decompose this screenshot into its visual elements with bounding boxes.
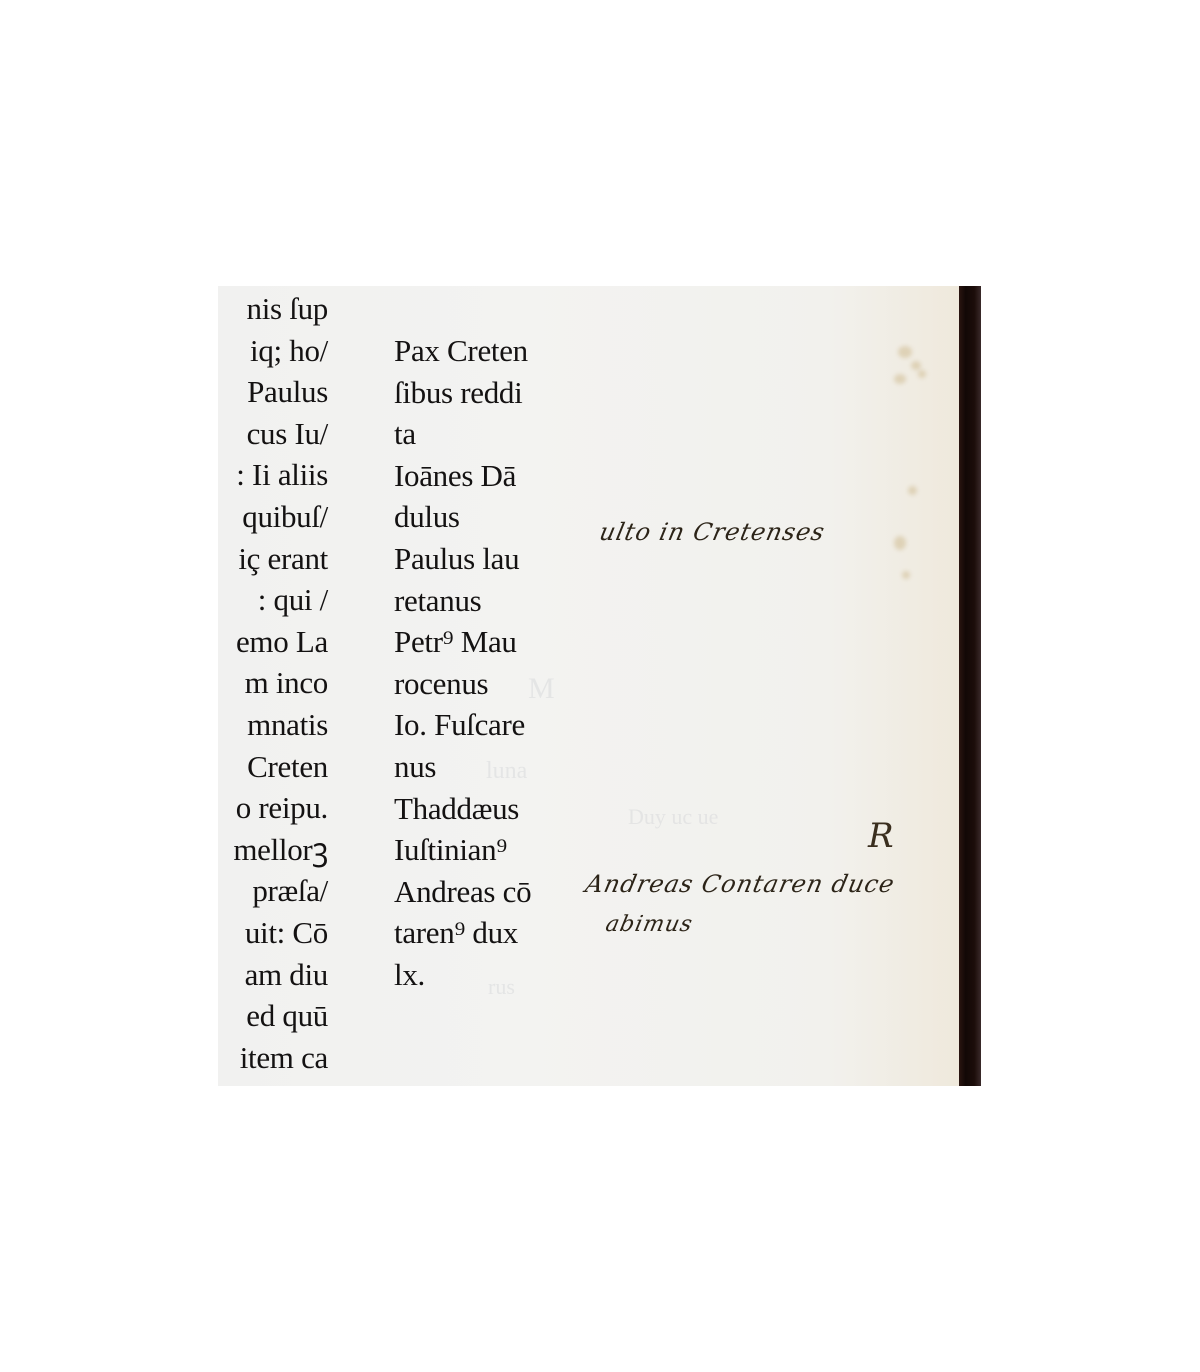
foxing-stain [918,370,926,378]
main-text-line: uit: Cō [218,912,328,954]
main-text-line: quibuſ/ [218,496,328,538]
main-text-line: iç erant [218,538,328,580]
main-text-line: emo La [218,621,328,663]
gloss-line: rocenus [394,663,574,705]
main-text-line: : qui / [218,579,328,621]
gloss-line: ta [394,413,574,455]
gloss-line: Andreas cō [394,871,574,913]
main-text-line: : Ii aliis [218,454,328,496]
gloss-line: Ioānes Dā [394,455,574,497]
main-text-line: Paulus [218,371,328,413]
book-page: M luna Duy uc ue rus nis ſup iq; ho/ Pau… [218,286,981,1086]
gloss-line: Pax Creten [394,330,574,372]
gloss-line: Petr⁹ Mau [394,621,574,663]
main-text-line: præſa/ [218,870,328,912]
main-text-column: nis ſup iq; ho/ Paulus cus Iu/ : Ii alii… [218,288,328,1078]
gloss-line: Io. Fuſcare [394,704,574,746]
main-text-line: cus Iu/ [218,413,328,455]
main-text-line: iq; ho/ [218,330,328,372]
main-text-line: mellorꝫ [218,829,328,871]
foxing-stain [898,346,912,358]
gloss-line: taren⁹ dux [394,912,574,954]
foxing-stain [908,486,917,495]
main-text-line: mnatis [218,704,328,746]
main-text-line: item ca [218,1037,328,1079]
marginal-gloss-column: Pax Creten ſibus reddi ta Ioānes Dā dulu… [394,330,574,996]
main-text-line: nis ſup [218,288,328,330]
manuscript-annotation: R [868,816,894,856]
gloss-line: lx. [394,954,574,996]
binding-edge [959,286,981,1086]
show-through-text: Duy uc ue [628,796,718,838]
main-text-line: Creten [218,746,328,788]
gloss-line: Paulus lau [394,538,574,580]
foxing-stain [894,536,906,550]
gloss-line: nus [394,746,574,788]
gloss-line: ſibus reddi [394,372,574,414]
foxing-stain [894,374,906,384]
main-text-line: ed quū [218,995,328,1037]
manuscript-annotation: abimus [603,912,695,937]
manuscript-annotation: ulto in Cretenses [597,518,828,546]
foxing-stain [902,571,910,579]
manuscript-annotation: Andreas Contaren duce [583,870,897,898]
gloss-line: dulus [394,496,574,538]
main-text-line: o reipu. [218,787,328,829]
main-text-line: am diu [218,954,328,996]
gloss-line: Iuſtinian⁹ [394,829,574,871]
gloss-line: Thaddæus [394,788,574,830]
main-text-line: m inco [218,662,328,704]
gloss-line: retanus [394,580,574,622]
foxing-stain [911,361,921,370]
